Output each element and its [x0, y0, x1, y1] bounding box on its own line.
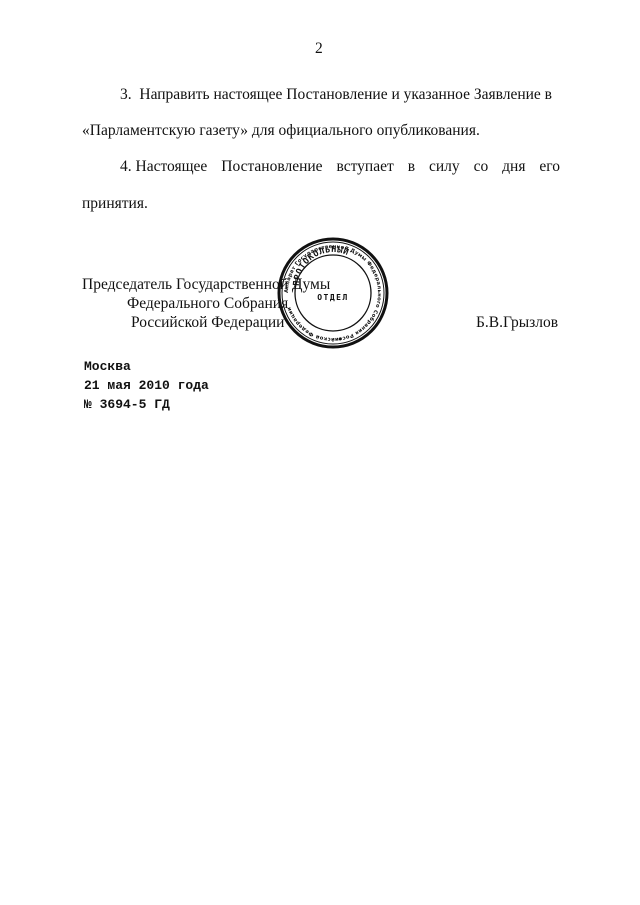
- paragraph-text: Направить настоящее Постановление и указ…: [139, 86, 552, 103]
- official-seal-icon: Аппарат Государственной Думы Федеральног…: [277, 236, 389, 350]
- signatory-name: Б.В.Грызлов: [476, 314, 558, 332]
- paragraph-word: силу: [429, 158, 460, 176]
- signatory-title-line-2: Федерального Собрания: [127, 295, 288, 313]
- paragraph-number: 3.: [120, 86, 132, 103]
- signatory-title-line-3: Российской Федерации: [131, 314, 284, 332]
- paragraph-word: со: [474, 158, 489, 176]
- paragraph-word: Постановление: [221, 158, 322, 176]
- paragraph-3-line-1: 3. Направить настоящее Постановление и у…: [120, 86, 552, 104]
- paragraph-word: его: [539, 158, 560, 176]
- seal-center-text: ОТДЕЛ: [317, 293, 349, 302]
- paragraph-word: 4. Настоящее: [120, 158, 207, 176]
- date: 21 мая 2010 года: [84, 378, 209, 393]
- paragraph-word: вступает: [336, 158, 393, 176]
- city: Москва: [84, 359, 131, 374]
- paragraph-word: дня: [502, 158, 525, 176]
- paragraph-word: в: [408, 158, 415, 176]
- document-number: № 3694-5 ГД: [84, 397, 170, 412]
- paragraph-3-line-2: «Парламентскую газету» для официального …: [82, 122, 480, 140]
- paragraph-4-line-2: принятия.: [82, 195, 148, 213]
- paragraph-4-line-1: 4. Настоящее Постановление вступает в си…: [120, 158, 560, 176]
- page-number: 2: [315, 40, 323, 58]
